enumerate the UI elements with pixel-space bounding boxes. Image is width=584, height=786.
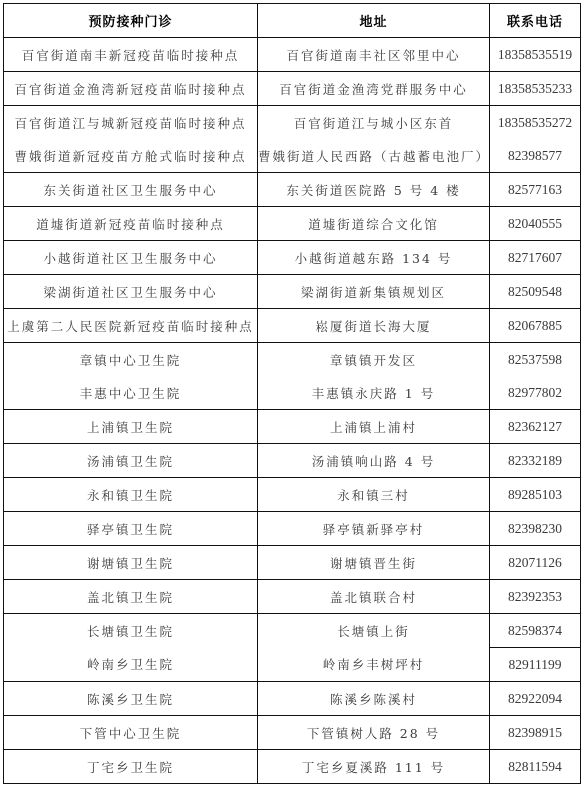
address-cell: 崧厦街道长海大厦 (258, 309, 490, 343)
address-cell: 梁湖街道新集镇规划区 (258, 275, 490, 309)
address-cell: 道墟街道综合文化馆 (258, 207, 490, 241)
table-row: 曹娥街道新冠疫苗方舱式临时接种点曹娥街道人民西路（古越蓄电池厂）82398577 (4, 139, 581, 173)
address-cell: 曹娥街道人民西路（古越蓄电池厂） (258, 139, 490, 173)
address-cell: 章镇镇开发区 (258, 343, 490, 377)
vaccination-clinic-table: 预防接种门诊 地址 联系电话 百官街道南丰新冠疫苗临时接种点百官街道南丰社区邻里… (3, 3, 581, 784)
phone-cell: 82811594 (490, 750, 581, 784)
table-row: 盖北镇卫生院盖北镇联合村82392353 (4, 580, 581, 614)
address-cell: 永和镇三村 (258, 478, 490, 512)
clinic-name-cell: 陈溪乡卫生院 (4, 682, 258, 716)
clinic-name-cell: 谢塘镇卫生院 (4, 546, 258, 580)
phone-cell: 18358535233 (490, 72, 581, 106)
header-address: 地址 (258, 4, 490, 38)
address-cell: 驿亭镇新驿亭村 (258, 512, 490, 546)
phone-cell: 18358535272 (490, 106, 581, 140)
clinic-name-cell: 百官街道江与城新冠疫苗临时接种点 (4, 106, 258, 140)
table-row: 章镇中心卫生院章镇镇开发区82537598 (4, 343, 581, 377)
table-row: 小越街道社区卫生服务中心小越街道越东路 134 号82717607 (4, 241, 581, 275)
table-header-row: 预防接种门诊 地址 联系电话 (4, 4, 581, 38)
address-cell: 丰惠镇永庆路 1 号 (258, 376, 490, 410)
table-row: 百官街道南丰新冠疫苗临时接种点百官街道南丰社区邻里中心18358535519 (4, 38, 581, 72)
clinic-name-cell: 梁湖街道社区卫生服务中心 (4, 275, 258, 309)
phone-cell: 18358535519 (490, 38, 581, 72)
address-cell: 上浦镇上浦村 (258, 410, 490, 444)
address-cell: 小越街道越东路 134 号 (258, 241, 490, 275)
address-cell: 盖北镇联合村 (258, 580, 490, 614)
address-cell: 陈溪乡陈溪村 (258, 682, 490, 716)
clinic-name-cell: 曹娥街道新冠疫苗方舱式临时接种点 (4, 139, 258, 173)
address-cell: 谢塘镇晋生街 (258, 546, 490, 580)
address-cell: 下管镇树人路 28 号 (258, 716, 490, 750)
table-row: 百官街道金渔湾新冠疫苗临时接种点百官街道金渔湾党群服务中心18358535233 (4, 72, 581, 106)
phone-cell: 82332189 (490, 444, 581, 478)
clinic-name-cell: 丰惠中心卫生院 (4, 376, 258, 410)
phone-cell: 82509548 (490, 275, 581, 309)
clinic-name-cell: 上浦镇卫生院 (4, 410, 258, 444)
clinic-name-cell: 永和镇卫生院 (4, 478, 258, 512)
phone-cell: 82977802 (490, 376, 581, 410)
phone-cell: 82392353 (490, 580, 581, 614)
header-phone: 联系电话 (490, 4, 581, 38)
address-cell: 岭南乡丰树坪村 (258, 648, 490, 682)
table-row: 长塘镇卫生院长塘镇上街82598374 (4, 614, 581, 648)
clinic-name-cell: 百官街道金渔湾新冠疫苗临时接种点 (4, 72, 258, 106)
header-clinic: 预防接种门诊 (4, 4, 258, 38)
table-row: 上虞第二人民医院新冠疫苗临时接种点崧厦街道长海大厦82067885 (4, 309, 581, 343)
clinic-name-cell: 东关街道社区卫生服务中心 (4, 173, 258, 207)
table-row: 东关街道社区卫生服务中心东关街道医院路 5 号 4 楼82577163 (4, 173, 581, 207)
address-cell: 东关街道医院路 5 号 4 楼 (258, 173, 490, 207)
clinic-name-cell: 下管中心卫生院 (4, 716, 258, 750)
phone-cell: 82398230 (490, 512, 581, 546)
phone-cell: 82911199 (490, 648, 581, 682)
address-cell: 长塘镇上街 (258, 614, 490, 648)
clinic-name-cell: 小越街道社区卫生服务中心 (4, 241, 258, 275)
table-row: 道墟街道新冠疫苗临时接种点道墟街道综合文化馆82040555 (4, 207, 581, 241)
table-row: 永和镇卫生院永和镇三村89285103 (4, 478, 581, 512)
phone-cell: 82071126 (490, 546, 581, 580)
address-cell: 丁宅乡夏溪路 111 号 (258, 750, 490, 784)
phone-cell: 82067885 (490, 309, 581, 343)
phone-cell: 82398915 (490, 716, 581, 750)
clinic-name-cell: 汤浦镇卫生院 (4, 444, 258, 478)
table-row: 丁宅乡卫生院丁宅乡夏溪路 111 号82811594 (4, 750, 581, 784)
phone-cell: 89285103 (490, 478, 581, 512)
table-row: 陈溪乡卫生院陈溪乡陈溪村82922094 (4, 682, 581, 716)
clinic-name-cell: 岭南乡卫生院 (4, 648, 258, 682)
table-row: 驿亭镇卫生院驿亭镇新驿亭村82398230 (4, 512, 581, 546)
address-cell: 汤浦镇响山路 4 号 (258, 444, 490, 478)
clinic-name-cell: 百官街道南丰新冠疫苗临时接种点 (4, 38, 258, 72)
phone-cell: 82577163 (490, 173, 581, 207)
clinic-name-cell: 上虞第二人民医院新冠疫苗临时接种点 (4, 309, 258, 343)
table-row: 丰惠中心卫生院丰惠镇永庆路 1 号82977802 (4, 376, 581, 410)
address-cell: 百官街道江与城小区东首 (258, 106, 490, 140)
address-cell: 百官街道金渔湾党群服务中心 (258, 72, 490, 106)
table-row: 谢塘镇卫生院谢塘镇晋生街82071126 (4, 546, 581, 580)
table-row: 下管中心卫生院下管镇树人路 28 号82398915 (4, 716, 581, 750)
table-row: 上浦镇卫生院上浦镇上浦村82362127 (4, 410, 581, 444)
table-row: 岭南乡卫生院岭南乡丰树坪村82911199 (4, 648, 581, 682)
phone-cell: 82362127 (490, 410, 581, 444)
clinic-name-cell: 章镇中心卫生院 (4, 343, 258, 377)
table-row: 梁湖街道社区卫生服务中心梁湖街道新集镇规划区82509548 (4, 275, 581, 309)
phone-cell: 82537598 (490, 343, 581, 377)
clinic-name-cell: 盖北镇卫生院 (4, 580, 258, 614)
clinic-name-cell: 驿亭镇卫生院 (4, 512, 258, 546)
phone-cell: 82717607 (490, 241, 581, 275)
phone-cell: 82598374 (490, 614, 581, 648)
clinic-name-cell: 长塘镇卫生院 (4, 614, 258, 648)
table-row: 汤浦镇卫生院汤浦镇响山路 4 号82332189 (4, 444, 581, 478)
clinic-name-cell: 丁宅乡卫生院 (4, 750, 258, 784)
clinic-name-cell: 道墟街道新冠疫苗临时接种点 (4, 207, 258, 241)
phone-cell: 82398577 (490, 139, 581, 173)
address-cell: 百官街道南丰社区邻里中心 (258, 38, 490, 72)
table-row: 百官街道江与城新冠疫苗临时接种点百官街道江与城小区东首18358535272 (4, 106, 581, 140)
phone-cell: 82040555 (490, 207, 581, 241)
phone-cell: 82922094 (490, 682, 581, 716)
